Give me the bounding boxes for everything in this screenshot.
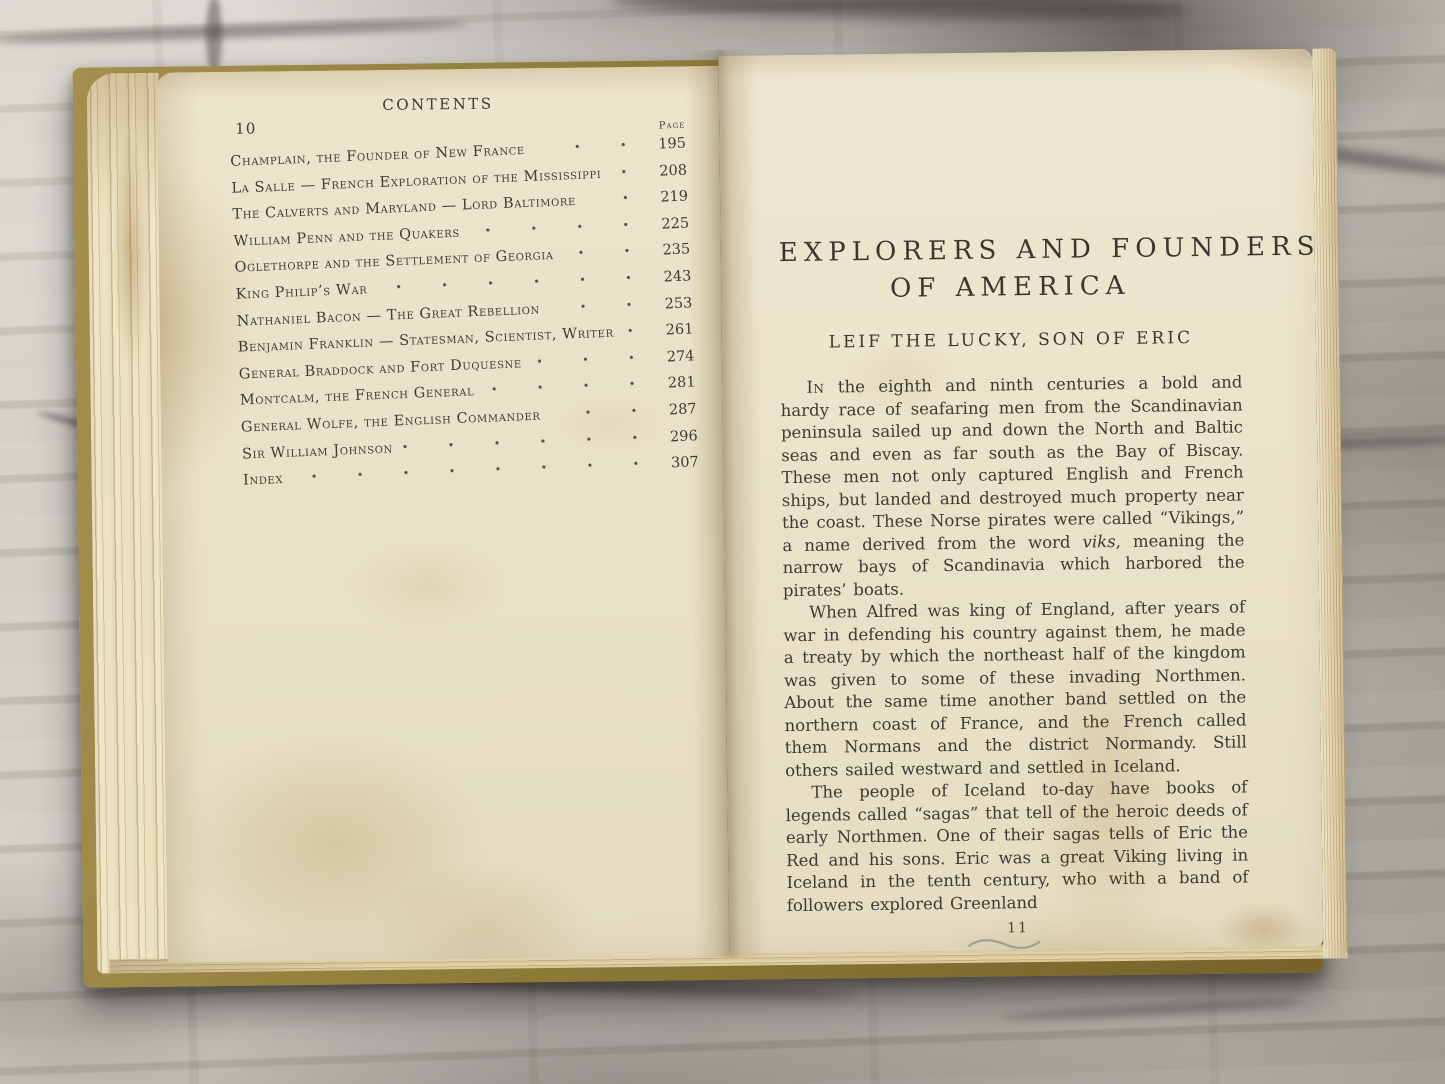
chapter-heading: LEIF THE LUCKY, SON OF ERIC	[780, 327, 1242, 353]
wall-crack	[0, 18, 468, 47]
contents-heading: CONTENTS	[157, 92, 719, 117]
toc-entry-page: 253	[660, 295, 693, 312]
chapter-body: In the eighth and ninth centuries a bold…	[780, 371, 1249, 917]
paragraph-2: When Alfred was king of England, after y…	[783, 596, 1247, 782]
table-of-contents: Page Champlain, the Founder of New Franc…	[229, 120, 699, 498]
dot-leader	[611, 162, 649, 178]
open-book: CONTENTS 10 Page Champlain, the Founder …	[72, 42, 1347, 987]
wall-crack	[610, 0, 1190, 23]
toc-entry-page: 307	[666, 454, 699, 471]
dot-leader	[563, 241, 652, 259]
toc-entry-page: 296	[665, 428, 698, 445]
toc-entry-page: 235	[658, 242, 691, 259]
toc-entry-title: Sir William Johnson	[242, 440, 393, 462]
contents-page: CONTENTS 10 Page Champlain, the Founder …	[157, 66, 730, 963]
toc-entry-page: 287	[664, 401, 697, 418]
page-number-left: 10	[235, 120, 256, 138]
paragraph-1: In the eighth and ninth centuries a bold…	[780, 371, 1245, 602]
pencil-mark	[967, 936, 1041, 953]
paragraph-1-text: the eighth and ninth centuries a bold an…	[781, 372, 1245, 554]
toc-entry-page: 261	[661, 322, 694, 339]
toc-entry-page: 225	[657, 215, 690, 232]
toc-entry-title: King Philip’s War	[235, 281, 367, 302]
toc-entry-title: Index	[243, 471, 284, 489]
dot-leader	[585, 188, 650, 205]
book-title-line1: EXPLORERS AND FOUNDERS	[779, 229, 1241, 272]
toc-entry-page: 274	[662, 348, 695, 365]
book-photo-scene: CONTENTS 10 Page Champlain, the Founder …	[0, 0, 1445, 1084]
wall-crack	[1000, 997, 1300, 1023]
paragraph-1-lead: In	[806, 378, 824, 397]
page-edges-left	[87, 73, 170, 974]
dot-leader	[534, 135, 648, 154]
toc-entry-page: 195	[654, 136, 687, 153]
dot-leader	[549, 294, 654, 312]
chapter-page: EXPLORERS AND FOUNDERS OF AMERICA LEIF T…	[718, 49, 1323, 954]
paragraph-3: The people of Iceland to-day have books …	[785, 776, 1249, 917]
dot-leader	[550, 401, 659, 419]
book-title: EXPLORERS AND FOUNDERS OF AMERICA	[779, 229, 1242, 309]
toc-entry-page: 281	[663, 375, 696, 392]
dot-leader	[623, 321, 655, 336]
toc-entry-page: 219	[656, 189, 689, 206]
toc-entry-page: 243	[659, 268, 692, 285]
paragraph-1-italic-word: viks	[1082, 532, 1115, 551]
page-block: CONTENTS 10 Page Champlain, the Founder …	[86, 42, 1347, 973]
book-title-line2: OF AMERICA	[779, 266, 1241, 309]
toc-entry-page: 208	[655, 162, 688, 179]
